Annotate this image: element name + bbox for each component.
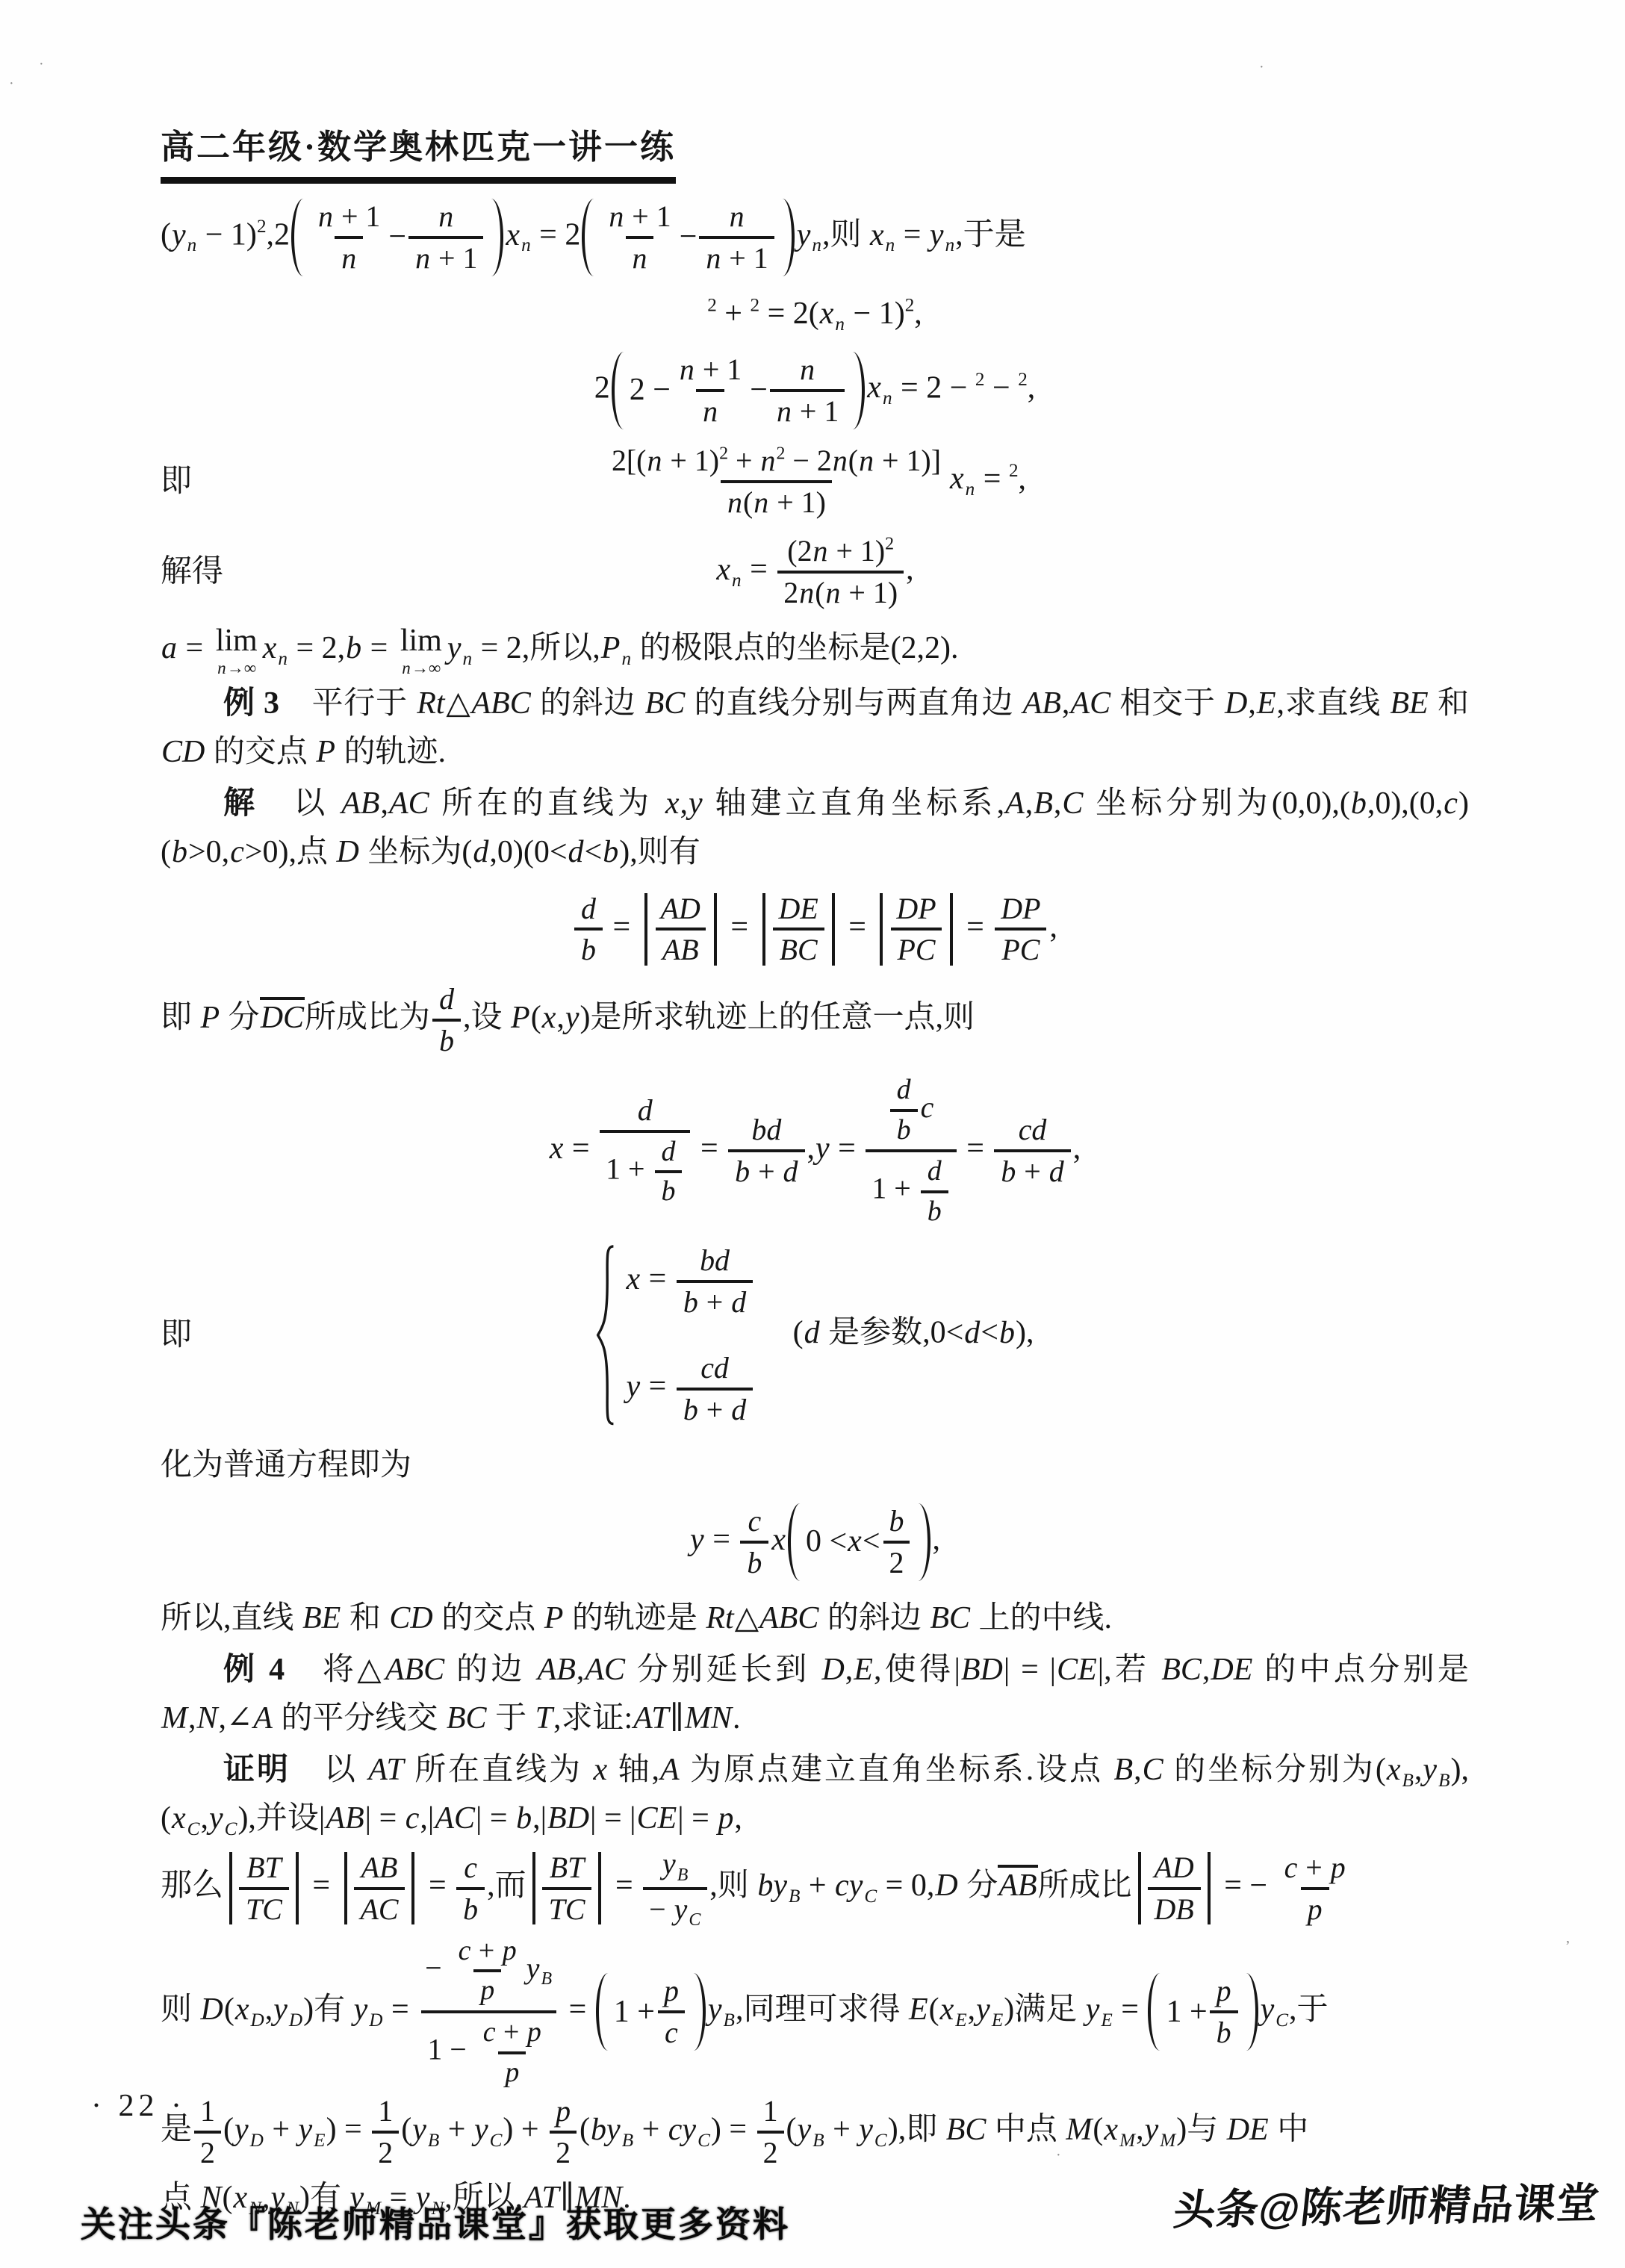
subscript: B <box>723 2010 736 2031</box>
math-variable: AB <box>1022 686 1062 721</box>
math-variable: E <box>954 2010 967 2031</box>
math-variable: c <box>482 2016 497 2048</box>
math-variable: b <box>661 1175 677 1207</box>
equation-ordinary: y = cbx0 < x < b2, <box>161 1503 1469 1581</box>
math-variable: n <box>945 235 956 255</box>
math-fraction: yB− yC <box>643 1846 707 1930</box>
math-variable: y <box>858 2113 874 2147</box>
math-fraction: nn + 1 <box>408 199 483 276</box>
math-variable: y <box>797 2113 812 2147</box>
fraction-denominator: b + d <box>677 1280 753 1320</box>
math-variable: x <box>1386 1753 1402 1787</box>
math-variable: BE <box>302 1601 341 1635</box>
math-variable: AB <box>325 1801 364 1836</box>
lim-subscript: n→∞ <box>401 659 441 677</box>
fraction-denominator: b <box>432 1019 461 1059</box>
math-variable: n <box>825 576 842 609</box>
lim-subscript: n→∞ <box>217 659 256 677</box>
bold-label: 例 3 <box>223 686 279 721</box>
math-variable: BT <box>246 1851 282 1884</box>
solution-3: 解 以 AB,AC 所在的直线为 x,y 轴建立直角坐标系,A,B,C 坐标分别… <box>161 780 1469 877</box>
math-variable: PC <box>897 933 936 966</box>
subscript: n <box>187 235 198 255</box>
math-variable: y <box>689 1523 705 1557</box>
math-variable: bd <box>699 1243 730 1277</box>
subscript: B <box>788 1886 801 1907</box>
math-variable: b <box>927 1196 942 1227</box>
math-variable: y <box>234 2113 249 2147</box>
fraction-numerator: AD <box>1148 1850 1201 1887</box>
cases-rows: x = bdb + dy = cdb + d <box>626 1243 756 1428</box>
math-variable: c <box>747 1504 762 1538</box>
subscript: D <box>249 2131 264 2151</box>
math-variable: B <box>1438 1771 1450 1791</box>
math-variable: y <box>1144 2113 1160 2147</box>
math-fraction: db <box>921 1155 948 1228</box>
math-variable: p <box>526 2016 542 2048</box>
absolute-value-group: DPPC <box>875 891 957 969</box>
math-variable: CE <box>636 1801 678 1836</box>
abs-bar <box>714 893 717 966</box>
math-fraction: − c + ppyB1 − c + pp <box>419 1933 559 2090</box>
math-variable: y <box>411 2113 427 2147</box>
math-variable: d <box>730 1393 747 1426</box>
math-variable: C <box>874 2131 888 2151</box>
math-variable: y <box>298 2113 314 2147</box>
ratio-statement: 即 P 分DC所成比为db,设 P(x,y)是所求轨迹上的任意一点,则 <box>161 981 1469 1059</box>
scan-artifact: · <box>1259 60 1264 75</box>
math-variable: c <box>1443 786 1458 821</box>
math-variable: E <box>853 1653 874 1687</box>
math-variable: C <box>697 2131 711 2151</box>
fraction-numerator: d <box>921 1155 948 1190</box>
math-variable: y <box>929 218 945 252</box>
math-fraction: 12 <box>757 2093 784 2171</box>
fraction-numerator: AB <box>355 1850 405 1887</box>
math-variable: cy <box>834 1868 863 1903</box>
math-variable: BC <box>446 1701 488 1736</box>
math-variable: DE <box>1210 1653 1253 1687</box>
math-variable: C <box>224 1819 238 1839</box>
fraction-numerator: (2n + 1)2 <box>781 533 900 571</box>
math-fraction: ADDB <box>1148 1850 1201 1927</box>
math-variable: y <box>353 1992 369 2027</box>
fraction-numerator: 2[(n + 1)2 + n2 − 2n(n + 1)] <box>606 443 947 480</box>
fraction-denominator: 2 <box>757 2131 784 2171</box>
math-variable: n <box>834 314 845 335</box>
subscript: E <box>1100 2010 1113 2031</box>
equation-label: 即 <box>161 1311 192 1360</box>
subscript: C <box>863 1886 877 1907</box>
math-variable: d <box>637 1093 653 1127</box>
cases-system: x = bdb + dy = cdb + d <box>596 1243 756 1428</box>
math-variable: A <box>1004 786 1025 821</box>
limit-conclusion: a = limn→∞xn = 2,b = limn→∞yn = 2,所以,Pn … <box>161 624 1469 677</box>
math-variable: n <box>760 444 777 477</box>
math-variable: b <box>345 631 362 665</box>
superscript: 2 <box>719 444 728 463</box>
math-variable: n <box>753 485 769 519</box>
fraction-numerator: d <box>432 981 461 1019</box>
fraction-denominator: b + d <box>728 1149 804 1190</box>
fraction-denominator: TC <box>542 1887 592 1927</box>
abs-content: ADDB <box>1146 1850 1203 1927</box>
math-variable: n <box>277 649 288 669</box>
bold-label: 证明 <box>223 1753 290 1787</box>
math-variable: n <box>799 352 815 386</box>
math-variable: n <box>679 352 695 386</box>
math-variable: C <box>688 1910 701 1930</box>
subscript: n <box>731 571 742 591</box>
math-variable: BE <box>1389 686 1429 721</box>
math-variable: n <box>965 479 976 500</box>
cases-row: x = bdb + d <box>626 1243 756 1320</box>
subscript: C <box>874 2131 888 2151</box>
fraction-denominator: b + d <box>994 1149 1070 1190</box>
page-number: · 22 · <box>91 2088 186 2124</box>
math-paren-group: n + 1n − nn + 1 <box>582 199 794 276</box>
abs-bar <box>762 893 765 966</box>
math-variable: n <box>776 394 792 428</box>
fraction-denominator: n <box>335 236 363 276</box>
fraction-numerator: DP <box>889 891 942 928</box>
lim-word: lim <box>216 625 258 656</box>
math-variable: c <box>458 1935 472 1966</box>
math-variable: p <box>1330 1851 1346 1884</box>
paren-content: 1 + pb <box>1166 1973 1240 2051</box>
ratio-bt-tc: 那么BTTC = ABAC = cb,而BTTC = yB− yC,则 byB … <box>161 1846 1469 1930</box>
math-variable: b <box>462 1892 479 1926</box>
fraction-numerator: c + p <box>452 1934 523 1970</box>
math-variable: B <box>540 1969 553 1989</box>
subscript: B <box>427 2131 440 2151</box>
math-variable: x <box>505 218 521 252</box>
math-variable: P <box>510 1001 531 1035</box>
math-fraction: dbc1 + db <box>866 1072 956 1229</box>
math-variable: AC <box>1069 686 1111 721</box>
math-variable: p <box>663 1974 680 2007</box>
equation-label: 即 <box>161 457 192 506</box>
watermark-footer-right: 头条@陈老师精品课堂 <box>1171 2170 1603 2237</box>
math-variable: P <box>544 1601 565 1635</box>
equation-body: 22 − n + 1n − nn + 1xn = 2 − 2 − 2, <box>594 352 1036 429</box>
equation-jiede: 解得xn = (2n + 1)22n(n + 1), <box>161 533 1469 611</box>
equation-body: x = d1 + db = bdb + d,y = dbc1 + db = cd… <box>549 1072 1081 1229</box>
abs-bar <box>1138 1852 1141 1925</box>
scan-artifact: · <box>39 57 44 72</box>
subscript: n <box>965 479 976 500</box>
conclusion-3: 所以,直线 BE 和 CD 的交点 P 的轨迹是 Rt△ABC 的斜边 BC 上… <box>161 1594 1469 1643</box>
fraction-numerator: p <box>657 1973 686 2010</box>
subscript: B <box>812 2131 824 2151</box>
absolute-value-group: ADDB <box>1134 1850 1215 1927</box>
fraction-denominator: b <box>890 1109 918 1148</box>
math-variable: y <box>707 1992 723 2027</box>
paren-content: 0 < x < b2 <box>806 1503 913 1581</box>
math-variable: n <box>727 485 743 519</box>
math-variable: x <box>771 1523 786 1557</box>
fraction-numerator: n + 1 <box>311 199 386 236</box>
bold-label: 解 <box>223 786 258 821</box>
math-variable: cy <box>668 2113 697 2147</box>
fraction-numerator: p <box>549 2093 577 2131</box>
fraction-numerator: d <box>890 1073 918 1109</box>
right-paren <box>851 352 865 429</box>
subscript: C <box>697 2131 711 2151</box>
math-variable: ABC <box>759 1601 819 1635</box>
math-variable: DC <box>260 1001 305 1035</box>
fraction-denominator: 2 <box>550 2131 577 2171</box>
equation-ji: 即2[(n + 1)2 + n2 − 2n(n + 1)]n(n + 1)xn … <box>161 443 1469 521</box>
math-variable: x <box>626 1262 641 1296</box>
equation-label: 解得 <box>161 548 223 597</box>
fraction-numerator: n <box>793 352 821 389</box>
scan-artifact: · <box>9 76 14 91</box>
subscript: M <box>1119 2131 1136 2151</box>
math-fraction: bdb + d <box>728 1112 804 1190</box>
math-fraction: db <box>655 1135 683 1209</box>
superscript: 2 <box>1018 370 1028 390</box>
absolute-value-group: ABAC <box>340 1850 420 1927</box>
superscript: 2 <box>905 295 915 315</box>
math-variable: p <box>479 1975 495 2006</box>
superscript: 2 <box>975 370 985 390</box>
fraction-numerator: AD <box>654 891 707 928</box>
math-variable: x <box>549 1131 565 1166</box>
math-variable: c <box>405 1801 420 1836</box>
math-variable: y <box>473 2113 489 2147</box>
subscript: n <box>945 235 956 255</box>
math-variable: n <box>731 571 742 591</box>
fraction-numerator: n + 1 <box>673 352 748 389</box>
math-variable: BC <box>1161 1653 1202 1687</box>
scan-artifact: · <box>1056 2148 1061 2163</box>
subscript: B <box>1402 1771 1414 1791</box>
fraction-numerator: d <box>631 1093 659 1130</box>
math-variable: n <box>187 235 198 255</box>
math-variable: y <box>1260 1992 1276 2027</box>
abs-bar <box>344 1852 347 1925</box>
math-variable: y <box>526 1951 541 1985</box>
fraction-numerator: p <box>1210 1973 1238 2010</box>
math-variable: b <box>683 1393 699 1426</box>
equation-sum-of-squares: 2 + 2 = 2(xn − 1)2, <box>161 290 1469 338</box>
math-variable: B <box>677 1865 689 1885</box>
subscript: E <box>954 2010 967 2031</box>
absolute-value-group: ADAB <box>640 891 721 969</box>
math-variable: TC <box>245 1892 283 1926</box>
math-fraction: pc <box>657 1973 686 2051</box>
math-variable: n <box>812 534 829 568</box>
math-variable: DB <box>1154 1892 1195 1926</box>
equation-expanded: 22 − n + 1n − nn + 1xn = 2 − 2 − 2, <box>161 352 1469 429</box>
equation-body: x = bdb + dy = cdb + d(d 是参数,0<d<b), <box>596 1243 1034 1428</box>
left-paren <box>1148 1973 1162 2051</box>
math-variable: y <box>815 1131 830 1166</box>
math-variable: c <box>229 835 245 869</box>
equation-ratio-chain: db = ADAB = DEBC = DPPC = DPPC, <box>161 891 1469 969</box>
math-variable: d <box>804 1316 821 1350</box>
subscript: n <box>882 388 893 408</box>
equation-body: xn = (2n + 1)22n(n + 1), <box>715 533 913 611</box>
math-variable: a <box>161 631 178 665</box>
math-fraction: d1 + db <box>600 1093 690 1210</box>
fraction-denominator: AB <box>656 928 706 968</box>
abs-bar <box>229 1852 232 1925</box>
left-paren <box>612 352 626 429</box>
fraction-numerator: b <box>883 1503 911 1541</box>
equation-body: 2 + 2 = 2(xn − 1)2, <box>707 290 922 338</box>
subscript: C <box>1275 2010 1289 2031</box>
math-variable: BD <box>547 1801 590 1836</box>
fraction-denominator: n + 1 <box>699 236 774 276</box>
math-variable: y <box>1422 1753 1438 1787</box>
math-variable: n <box>401 658 411 677</box>
math-fraction: BTTC <box>542 1850 592 1927</box>
header-title: 高二年级·数学奥林匹克一讲一练 <box>161 119 676 184</box>
fraction-numerator: c + p <box>476 2016 548 2051</box>
subscript: C <box>489 2131 503 2151</box>
math-variable: cd <box>700 1351 730 1385</box>
fraction-numerator: cd <box>1012 1112 1054 1149</box>
fraction-denominator: b <box>574 928 603 968</box>
math-fraction: bdb + d <box>677 1243 753 1320</box>
math-variable: d <box>472 835 489 869</box>
abs-bar <box>411 1852 414 1925</box>
subscript: D <box>288 2010 303 2031</box>
superscript: 2 <box>750 295 759 315</box>
fraction-numerator: c + p <box>1278 1850 1352 1887</box>
subscript: n <box>811 235 822 255</box>
math-paren-group: 2 − n + 1n − nn + 1 <box>612 352 866 429</box>
math-variable: d <box>568 835 585 869</box>
math-variable: n <box>885 235 896 255</box>
math-variable: y <box>273 1992 288 2027</box>
math-variable: x <box>262 631 278 665</box>
math-variable: p <box>1307 1892 1323 1926</box>
right-paren <box>1244 1973 1258 2051</box>
math-variable: n <box>521 235 532 255</box>
subscript: D <box>368 2010 383 2031</box>
math-variable: y <box>975 1992 991 2027</box>
math-fraction: pb <box>1210 1973 1238 2051</box>
math-fraction: n + 1n <box>673 352 748 429</box>
equation-cases: 即x = bdb + dy = cdb + d(d 是参数,0<d<b), <box>161 1243 1469 1428</box>
math-variable: x <box>949 462 965 496</box>
page-header: 高二年级·数学奥林匹克一讲一练 <box>161 119 676 184</box>
math-variable: D <box>336 835 360 869</box>
math-variable: d <box>896 1074 912 1105</box>
math-variable: y <box>447 631 462 665</box>
math-variable: p <box>502 1935 518 1966</box>
fraction-denominator: AC <box>354 1887 406 1927</box>
fraction-numerator: 1 <box>757 2093 784 2131</box>
math-variable: AC <box>584 1653 626 1687</box>
fraction-denominator: c <box>658 2010 685 2051</box>
math-paren-group: 0 < x < b2 <box>788 1503 930 1581</box>
fraction-denominator: 1 + db <box>866 1149 956 1229</box>
fraction-numerator: bd <box>693 1243 736 1280</box>
math-variable: BT <box>549 1851 585 1884</box>
fraction-denominator: b <box>655 1170 683 1209</box>
fraction-numerator: d <box>655 1135 683 1171</box>
math-variable: c <box>664 2016 679 2049</box>
math-variable: DP <box>1000 892 1041 925</box>
math-fraction: db <box>890 1073 918 1147</box>
math-variable: DE <box>778 892 819 925</box>
superscript: 2 <box>257 217 267 237</box>
abs-bar <box>296 1852 299 1925</box>
math-variable: b <box>1000 1155 1016 1188</box>
math-variable: A <box>659 1753 680 1787</box>
math-variable: T <box>535 1701 553 1736</box>
fraction-denominator: 2 <box>194 2131 221 2171</box>
math-variable: AB <box>361 1851 399 1884</box>
math-variable: D <box>368 2010 383 2031</box>
math-variable: b <box>580 933 597 966</box>
math-variable: D <box>821 1653 845 1687</box>
math-variable: n <box>811 235 822 255</box>
overline-segment: DC <box>260 997 305 1034</box>
math-variable: b <box>896 1114 912 1146</box>
math-variable: B <box>1113 1753 1134 1787</box>
math-paren-group: 1 + pb <box>1148 1973 1258 2051</box>
cases-row: y = cdb + d <box>626 1350 756 1428</box>
fraction-denominator: p <box>1301 1887 1329 1927</box>
abs-bar <box>532 1852 535 1925</box>
math-variable: CD <box>388 1601 433 1635</box>
math-variable: x <box>847 1517 863 1566</box>
math-variable: n <box>832 444 848 477</box>
math-variable: D <box>288 2010 303 2031</box>
math-variable: y <box>208 1801 224 1836</box>
math-variable: BD <box>960 1653 1004 1687</box>
subscript: C <box>224 1819 238 1839</box>
math-fraction: 12 <box>194 2093 221 2171</box>
equation-body: y = cbx0 < x < b2, <box>689 1503 940 1581</box>
abs-bar <box>950 893 953 966</box>
math-variable: y <box>662 1847 677 1880</box>
math-variable: d <box>580 892 597 925</box>
math-variable: AT <box>633 1701 669 1736</box>
math-variable: by <box>756 1868 788 1903</box>
superscript: 2 <box>707 295 717 315</box>
math-variable: TC <box>548 1892 586 1926</box>
math-variable: CE <box>1056 1653 1098 1687</box>
math-variable: b <box>438 1024 455 1057</box>
fraction-numerator: c <box>741 1503 768 1541</box>
math-variable: n <box>621 649 632 669</box>
math-variable: b <box>746 1546 762 1579</box>
math-variable: Rt <box>416 686 445 721</box>
math-variable: B <box>812 2131 824 2151</box>
math-paren-group: 1 + pc <box>596 1973 706 2051</box>
math-fraction: BTTC <box>239 1850 289 1927</box>
math-fraction: c + pp <box>1278 1850 1352 1927</box>
fraction-denominator: 2 <box>372 2131 399 2171</box>
math-variable: D <box>934 1868 958 1903</box>
fraction-numerator: bd <box>745 1112 788 1149</box>
fraction-denominator: DB <box>1148 1887 1201 1927</box>
math-fraction: db <box>432 981 461 1059</box>
fraction-denominator: b <box>456 1887 485 1927</box>
math-variable: x <box>866 370 882 405</box>
document-body: (yn − 1)2,2n + 1n − nn + 1xn = 2n + 1n −… <box>161 196 1469 2225</box>
math-variable: M <box>1065 2113 1093 2147</box>
fraction-numerator: yB <box>656 1846 695 1886</box>
paren-content: n + 1n − nn + 1 <box>309 199 485 276</box>
midpoint-sum: 是12(yD + yE) = 12(yB + yC) + p2(byB + cy… <box>161 2093 1469 2171</box>
